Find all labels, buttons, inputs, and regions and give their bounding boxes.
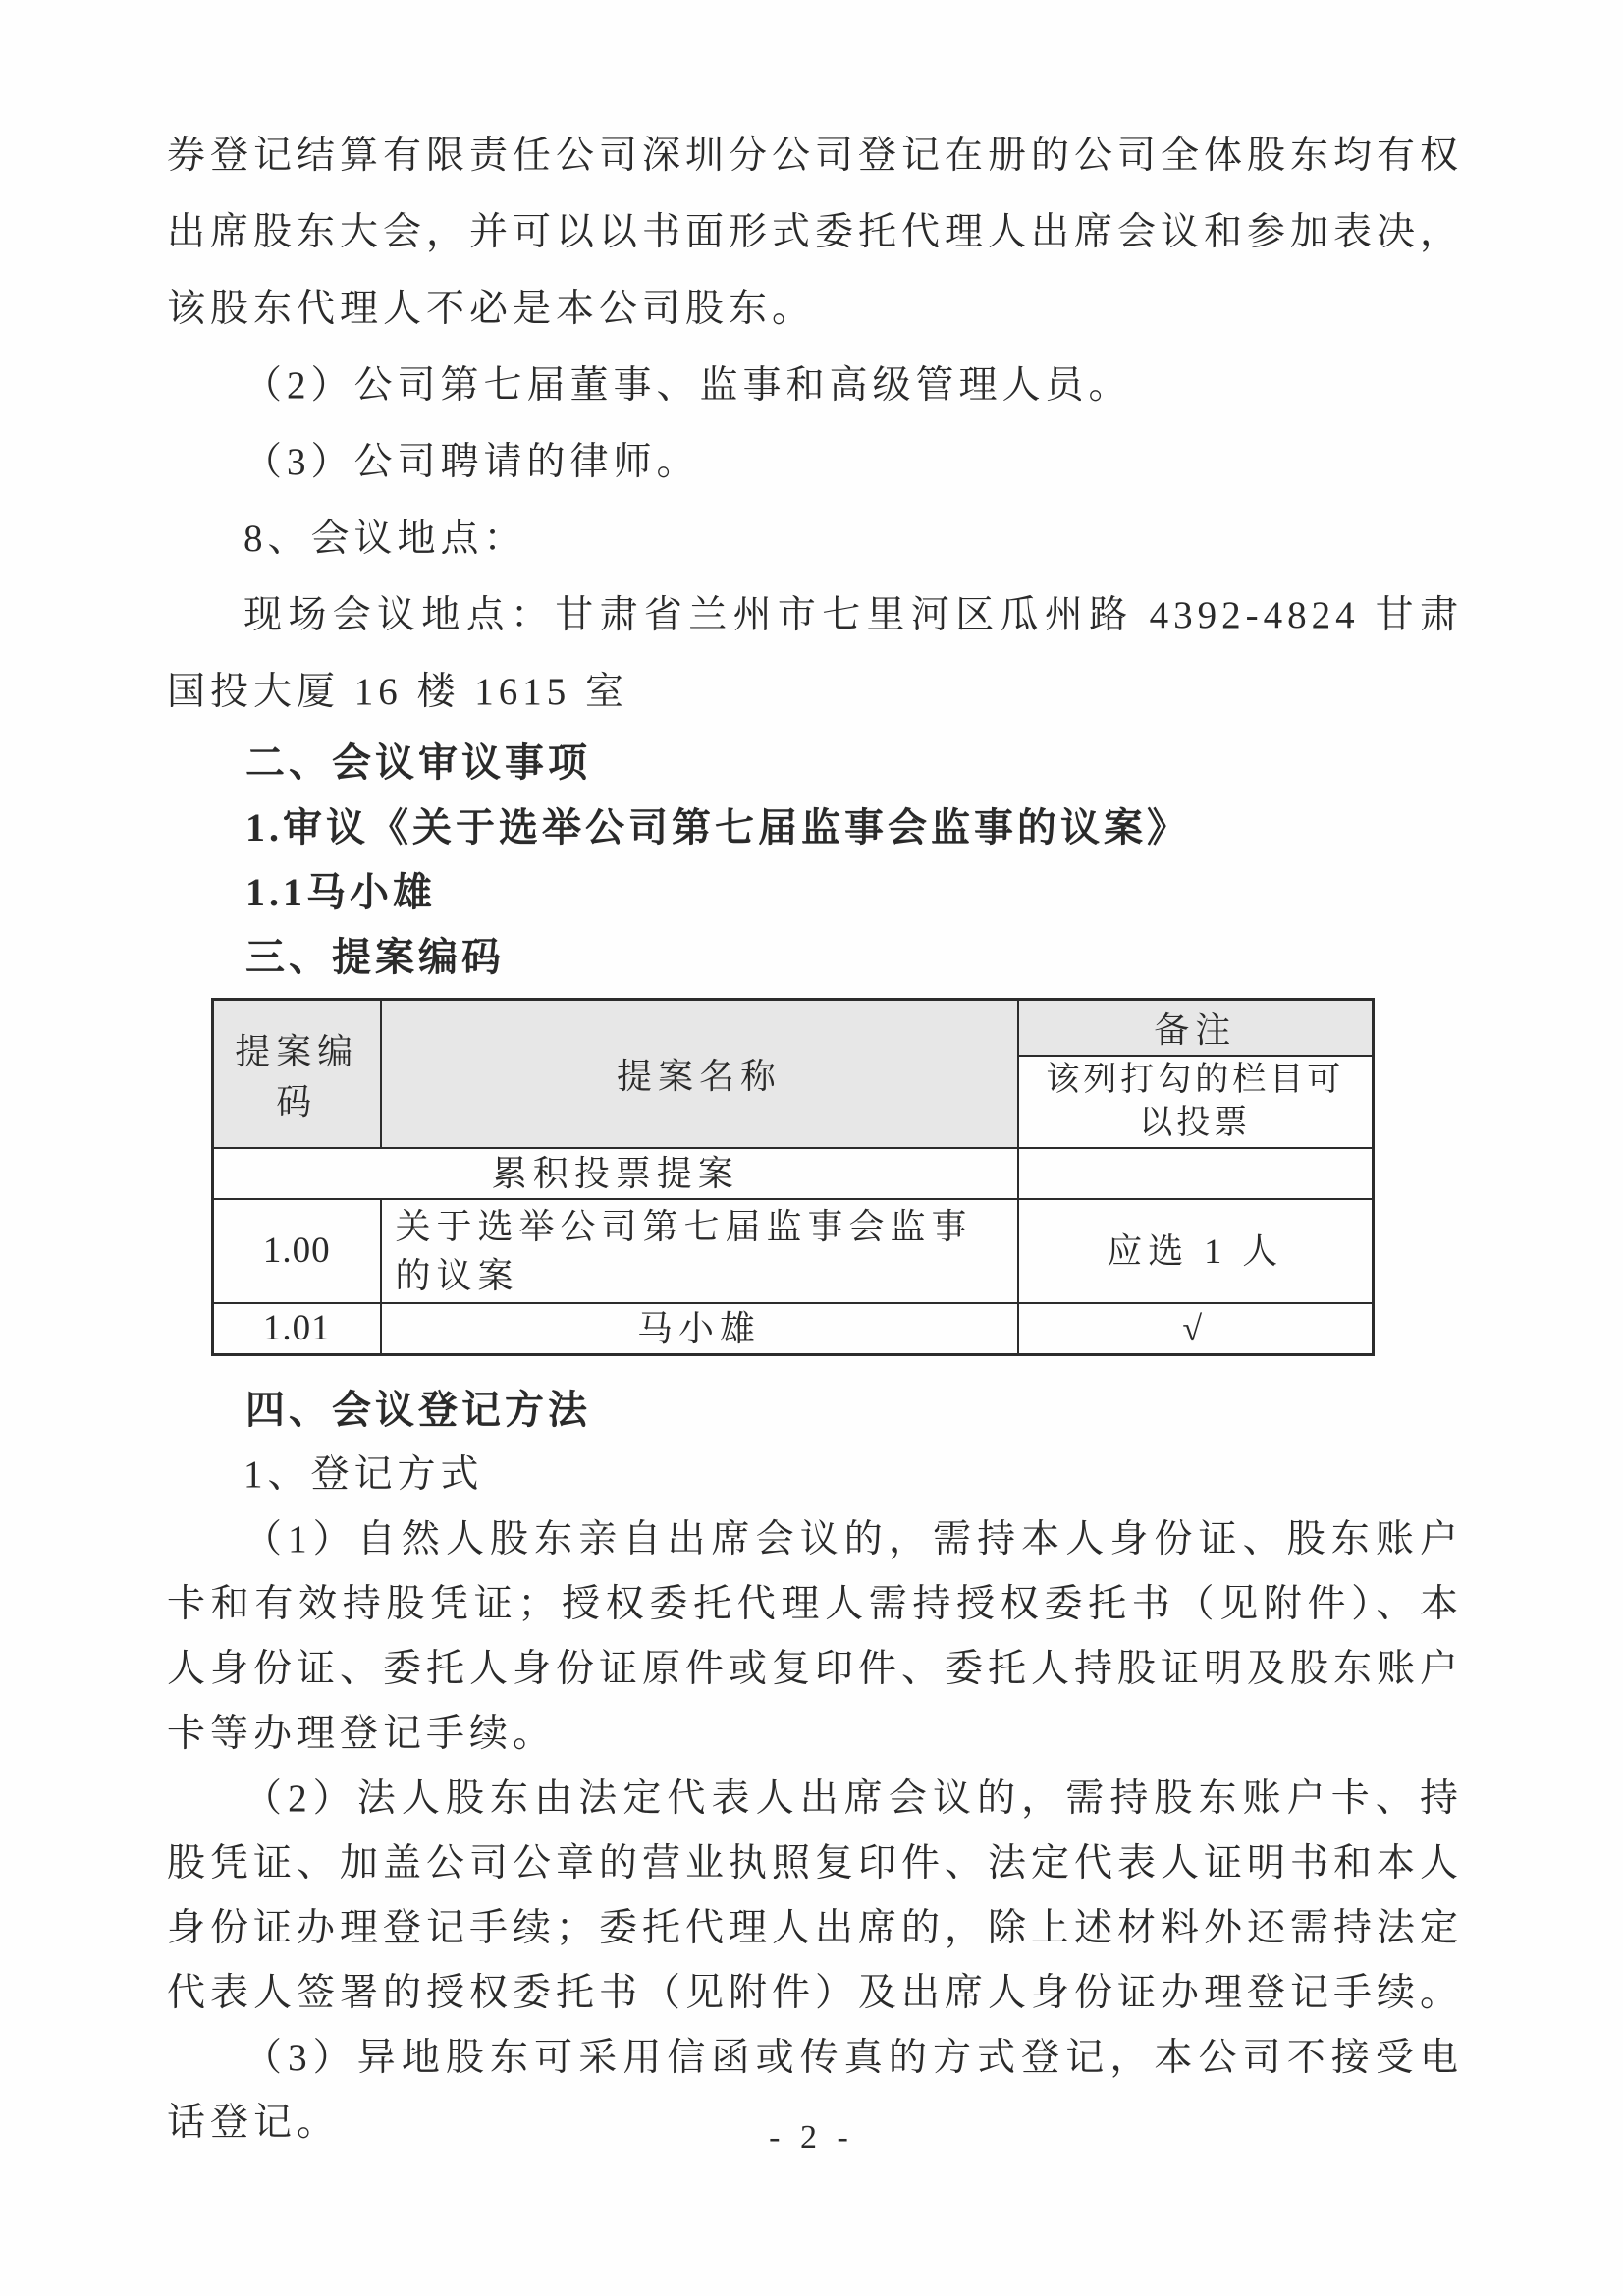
group-row-empty-cell	[1018, 1148, 1374, 1199]
cell-remark-checkmark: √	[1018, 1303, 1374, 1355]
cell-remark: 应选 1 人	[1018, 1199, 1374, 1303]
proposal-code-table: 提案编码 提案名称 备注 该列打勾的栏目可以投票 累积投票提案 1.00 关于选…	[211, 998, 1375, 1356]
paragraph-shareholder-eligibility: 券登记结算有限责任公司深圳分公司登记在册的公司全体股东均有权出席股东大会，并可以…	[167, 118, 1463, 348]
cell-proposal-code: 1.00	[213, 1199, 381, 1303]
section-3-title: 三、提案编码	[167, 925, 1463, 990]
paragraph-registration-legal-person: （2）法人股东由法定代表人出席会议的，需持股东账户卡、持股凭证、加盖公司公章的营…	[167, 1767, 1463, 2026]
section-4-title: 四、会议登记方法	[167, 1378, 1463, 1443]
list-item-lawyers: （3）公司聘请的律师。	[167, 424, 1463, 501]
header-remark: 备注	[1018, 1000, 1374, 1057]
group-row-label: 累积投票提案	[213, 1148, 1018, 1199]
header-proposal-name: 提案名称	[381, 1000, 1018, 1149]
proposal-1-1-candidate: 1.1马小雄	[167, 860, 1463, 925]
list-item-meeting-location-label: 8、会议地点：	[167, 501, 1463, 577]
header-remark-note: 该列打勾的栏目可以投票	[1018, 1056, 1374, 1148]
table-group-row: 累积投票提案	[213, 1148, 1374, 1199]
registration-method-title: 1、登记方式	[167, 1443, 1463, 1507]
cell-proposal-name: 马小雄	[381, 1303, 1018, 1355]
paragraph-registration-natural-person: （1）自然人股东亲自出席会议的，需持本人身份证、股东账户卡和有效持股凭证；授权委…	[167, 1507, 1463, 1767]
paragraph-meeting-location: 现场会议地点：甘肃省兰州市七里河区瓜州路 4392-4824 甘肃国投大厦 16…	[167, 577, 1463, 731]
page-number: - 2 -	[0, 2119, 1623, 2157]
table-row: 1.00 关于选举公司第七届监事会监事的议案 应选 1 人	[213, 1199, 1374, 1303]
table-header-row: 提案编码 提案名称 备注	[213, 1000, 1374, 1057]
table-row: 1.01 马小雄 √	[213, 1303, 1374, 1355]
list-item-directors: （2）公司第七届董事、监事和高级管理人员。	[167, 348, 1463, 424]
header-proposal-code: 提案编码	[213, 1000, 381, 1149]
cell-proposal-name: 关于选举公司第七届监事会监事的议案	[381, 1199, 1018, 1303]
proposal-1-title: 1.审议《关于选举公司第七届监事会监事的议案》	[167, 795, 1463, 860]
document-page: 券登记结算有限责任公司深圳分公司登记在册的公司全体股东均有权出席股东大会，并可以…	[0, 0, 1623, 2296]
section-2-title: 二、会议审议事项	[167, 731, 1463, 795]
cell-proposal-code: 1.01	[213, 1303, 381, 1355]
document-content: 券登记结算有限责任公司深圳分公司登记在册的公司全体股东均有权出席股东大会，并可以…	[167, 118, 1463, 2156]
